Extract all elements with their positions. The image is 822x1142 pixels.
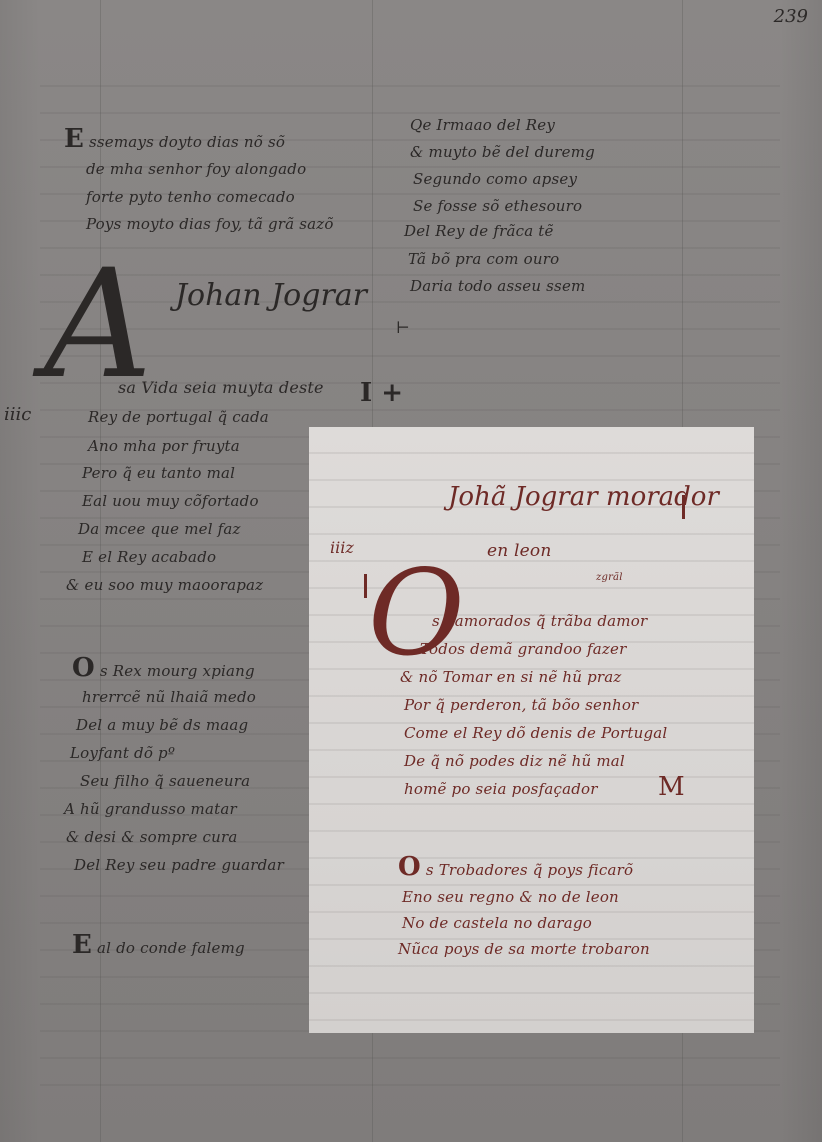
poem-number: iiic <box>4 404 31 425</box>
verse-line: Ano mha por fruyta <box>88 437 240 455</box>
verse-line: Poys moyto dias foy, tã grã sazõ <box>86 215 334 233</box>
margin-mark-small: ⊢ <box>396 318 410 337</box>
verse-line: Qe Irmaao del Rey <box>410 116 555 134</box>
verse-line: & desi & sompre cura <box>66 828 238 846</box>
verse-line: O s Trobadores q̃ poys ficarõ <box>398 852 633 882</box>
folio-number: 239 <box>774 6 808 27</box>
verse-line: Todos demã grandoo fazer <box>420 640 626 658</box>
verse-line: De q̃ nõ podes diz nẽ hũ mal <box>404 752 625 770</box>
verse-line: forte pyto tenho comecado <box>86 188 295 206</box>
margin-mark-bracket: I + <box>360 378 403 408</box>
verse-line: Rey de portugal q̃ cada <box>88 408 269 426</box>
highlight-heading-line2: en leon <box>487 541 552 561</box>
verse-line: Segundo como apsey <box>413 170 577 188</box>
verse-line: & nõ Tomar en si nẽ hũ praz <box>400 668 622 686</box>
verse-line: Da mcee que mel faz <box>78 520 241 538</box>
verse-line: No de castela no darago <box>402 914 592 932</box>
verse-line: Seu filho q̃ saueneura <box>80 772 250 790</box>
verse-line: Del Rey de frãca tẽ <box>404 222 554 240</box>
left-stanza-4: E al do conde falemg <box>72 930 245 960</box>
verse-line: Por q̃ perderon, tã bõo senhor <box>404 696 638 714</box>
highlight-heading: Johã Jograr morador <box>448 482 719 512</box>
margin-bar <box>682 495 685 519</box>
drop-initial: E <box>64 124 84 154</box>
verse-line: E ssemays doyto dias nõ sõ <box>64 124 285 154</box>
marginal-note: zgrãl <box>596 572 623 583</box>
verse-line: Del a muy bẽ ds maag <box>76 716 248 734</box>
verse-line: Tã bõ pra com ouro <box>408 250 559 268</box>
verse-line: Pero q̃ eu tanto mal <box>82 464 235 482</box>
verse-line: Loyfant dõ pº <box>70 744 175 762</box>
verse-line: hrerrcẽ nũ lhaiã medo <box>82 688 256 706</box>
verse-line: homẽ po seia posfaçador <box>404 780 598 798</box>
verse-line: Eal uou muy cõfortado <box>82 492 259 510</box>
verse-line: & muyto bẽ del duremg <box>410 143 595 161</box>
author-heading: Johan Jograr <box>175 278 367 313</box>
verse-line: Nũca poys de sa morte trobaron <box>398 940 650 958</box>
verse-line: Se fosse sõ ethesouro <box>413 197 582 215</box>
verse-line: s namorados q̃ trãba damor <box>432 612 647 630</box>
verse-line: A hũ grandusso matar <box>64 800 237 818</box>
side-mark: M <box>658 772 685 802</box>
drop-initial: O <box>72 653 95 683</box>
poem-number: iiiz <box>330 538 354 557</box>
manuscript-page: 239 E ssemays doyto dias nõ sõ de mha se… <box>0 0 822 1142</box>
verse-line: Eno seu regno & no de leon <box>402 888 619 906</box>
verse-line: & eu soo muy maoorapaz <box>66 576 263 594</box>
margin-bar <box>364 574 367 598</box>
verse-line: Del Rey seu padre guardar <box>74 856 284 874</box>
verse-line: de mha senhor foy alongado <box>86 160 306 178</box>
verse-line: E el Rey acabado <box>82 548 216 566</box>
verse-line: O s Rex mourg xpiang <box>72 653 255 683</box>
verse-line: Come el Rey dõ denis de Portugal <box>404 724 667 742</box>
drop-initial: E <box>72 930 92 960</box>
drop-initial: O <box>398 852 421 882</box>
verse-line: sa Vida seia muyta deste <box>118 378 324 397</box>
verse-line: Daria todo asseu ssem <box>410 277 585 295</box>
